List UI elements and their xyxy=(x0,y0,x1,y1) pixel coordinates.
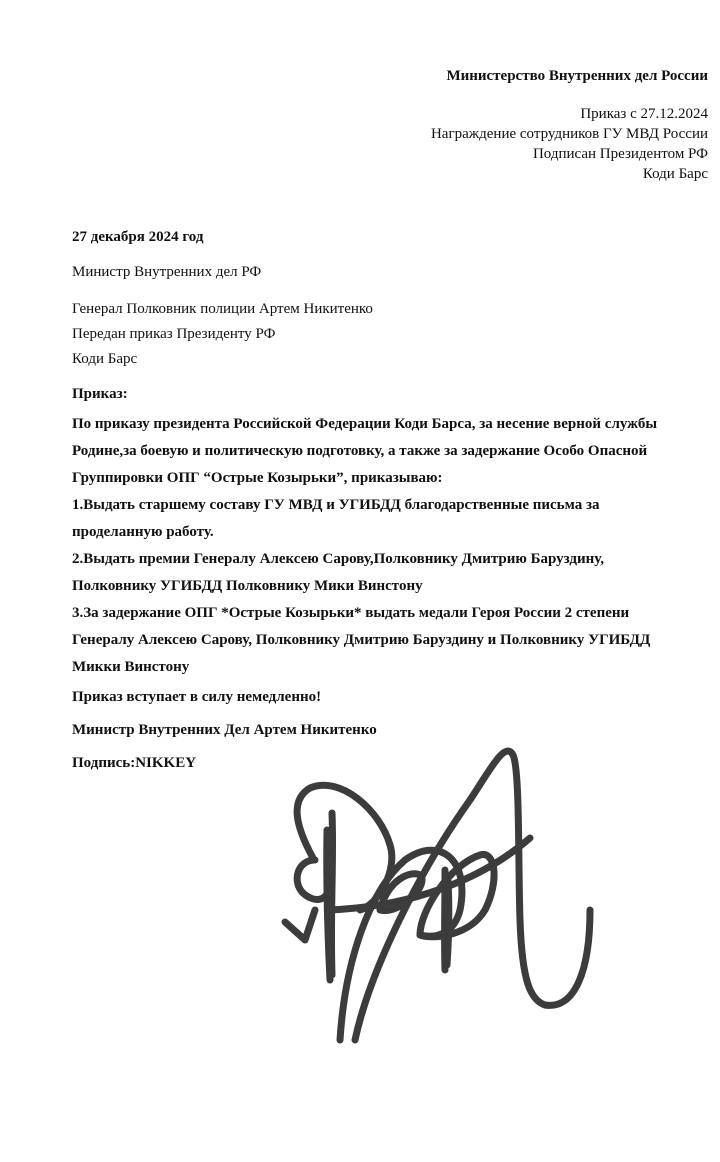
signed-by-line: Подписан Президентом РФ xyxy=(431,144,708,164)
document-header: Министерство Внутренних дел России Прика… xyxy=(431,66,708,184)
order-item-line: проделанную работу. xyxy=(72,519,712,546)
addressee-line: Генерал Полковник полиции Артем Никитенк… xyxy=(72,297,712,322)
order-item-line: 3.За задержание ОПГ *Острые Козырьки* вы… xyxy=(72,600,712,627)
document-date: 27 декабря 2024 год xyxy=(72,227,712,247)
document-body: 27 декабря 2024 год Министр Внутренних д… xyxy=(72,227,712,773)
preamble-line: Группировки ОПГ “Острые Козырьки”, прика… xyxy=(72,465,712,492)
order-item-line: Генералу Алексею Сарову, Полковнику Дмит… xyxy=(72,627,712,654)
addressee-block: Генерал Полковник полиции Артем Никитенк… xyxy=(72,297,712,372)
order-item-3: 3.За задержание ОПГ *Острые Козырьки* вы… xyxy=(72,600,712,681)
order-item-line: 2.Выдать премии Генералу Алексею Сарову,… xyxy=(72,546,712,573)
preamble-line: Родине,за боевую и политическую подготов… xyxy=(72,438,712,465)
order-item-line: 1.Выдать старшему составу ГУ МВД и УГИБД… xyxy=(72,492,712,519)
preamble-line: По приказу президента Российской Федерац… xyxy=(72,411,712,438)
president-name-line: Коди Барс xyxy=(431,164,708,184)
order-item-1: 1.Выдать старшему составу ГУ МВД и УГИБД… xyxy=(72,492,712,546)
addressee-line: Передан приказ Президенту РФ xyxy=(72,322,712,347)
order-item-line: Полковнику УГИБДД Полковнику Мики Винсто… xyxy=(72,573,712,600)
minister-title: Министр Внутренних дел РФ xyxy=(72,262,712,282)
order-label: Приказ: xyxy=(72,384,712,404)
order-preamble: По приказу президента Российской Федерац… xyxy=(72,411,712,492)
ministry-title: Министерство Внутренних дел России xyxy=(431,66,708,87)
order-item-2: 2.Выдать премии Генералу Алексею Сарову,… xyxy=(72,546,712,600)
order-subject-line: Награждение сотрудников ГУ МВД России xyxy=(431,124,708,144)
signature-icon xyxy=(270,740,620,1050)
order-date-line: Приказ с 27.12.2024 xyxy=(431,104,708,124)
order-item-line: Микки Винстону xyxy=(72,654,712,681)
order-items: 1.Выдать старшему составу ГУ МВД и УГИБД… xyxy=(72,492,712,681)
signed-by: Министр Внутренних Дел Артем Никитенко xyxy=(72,720,712,740)
effective-statement: Приказ вступает в силу немедленно! xyxy=(72,687,712,707)
addressee-line: Коди Барс xyxy=(72,347,712,372)
